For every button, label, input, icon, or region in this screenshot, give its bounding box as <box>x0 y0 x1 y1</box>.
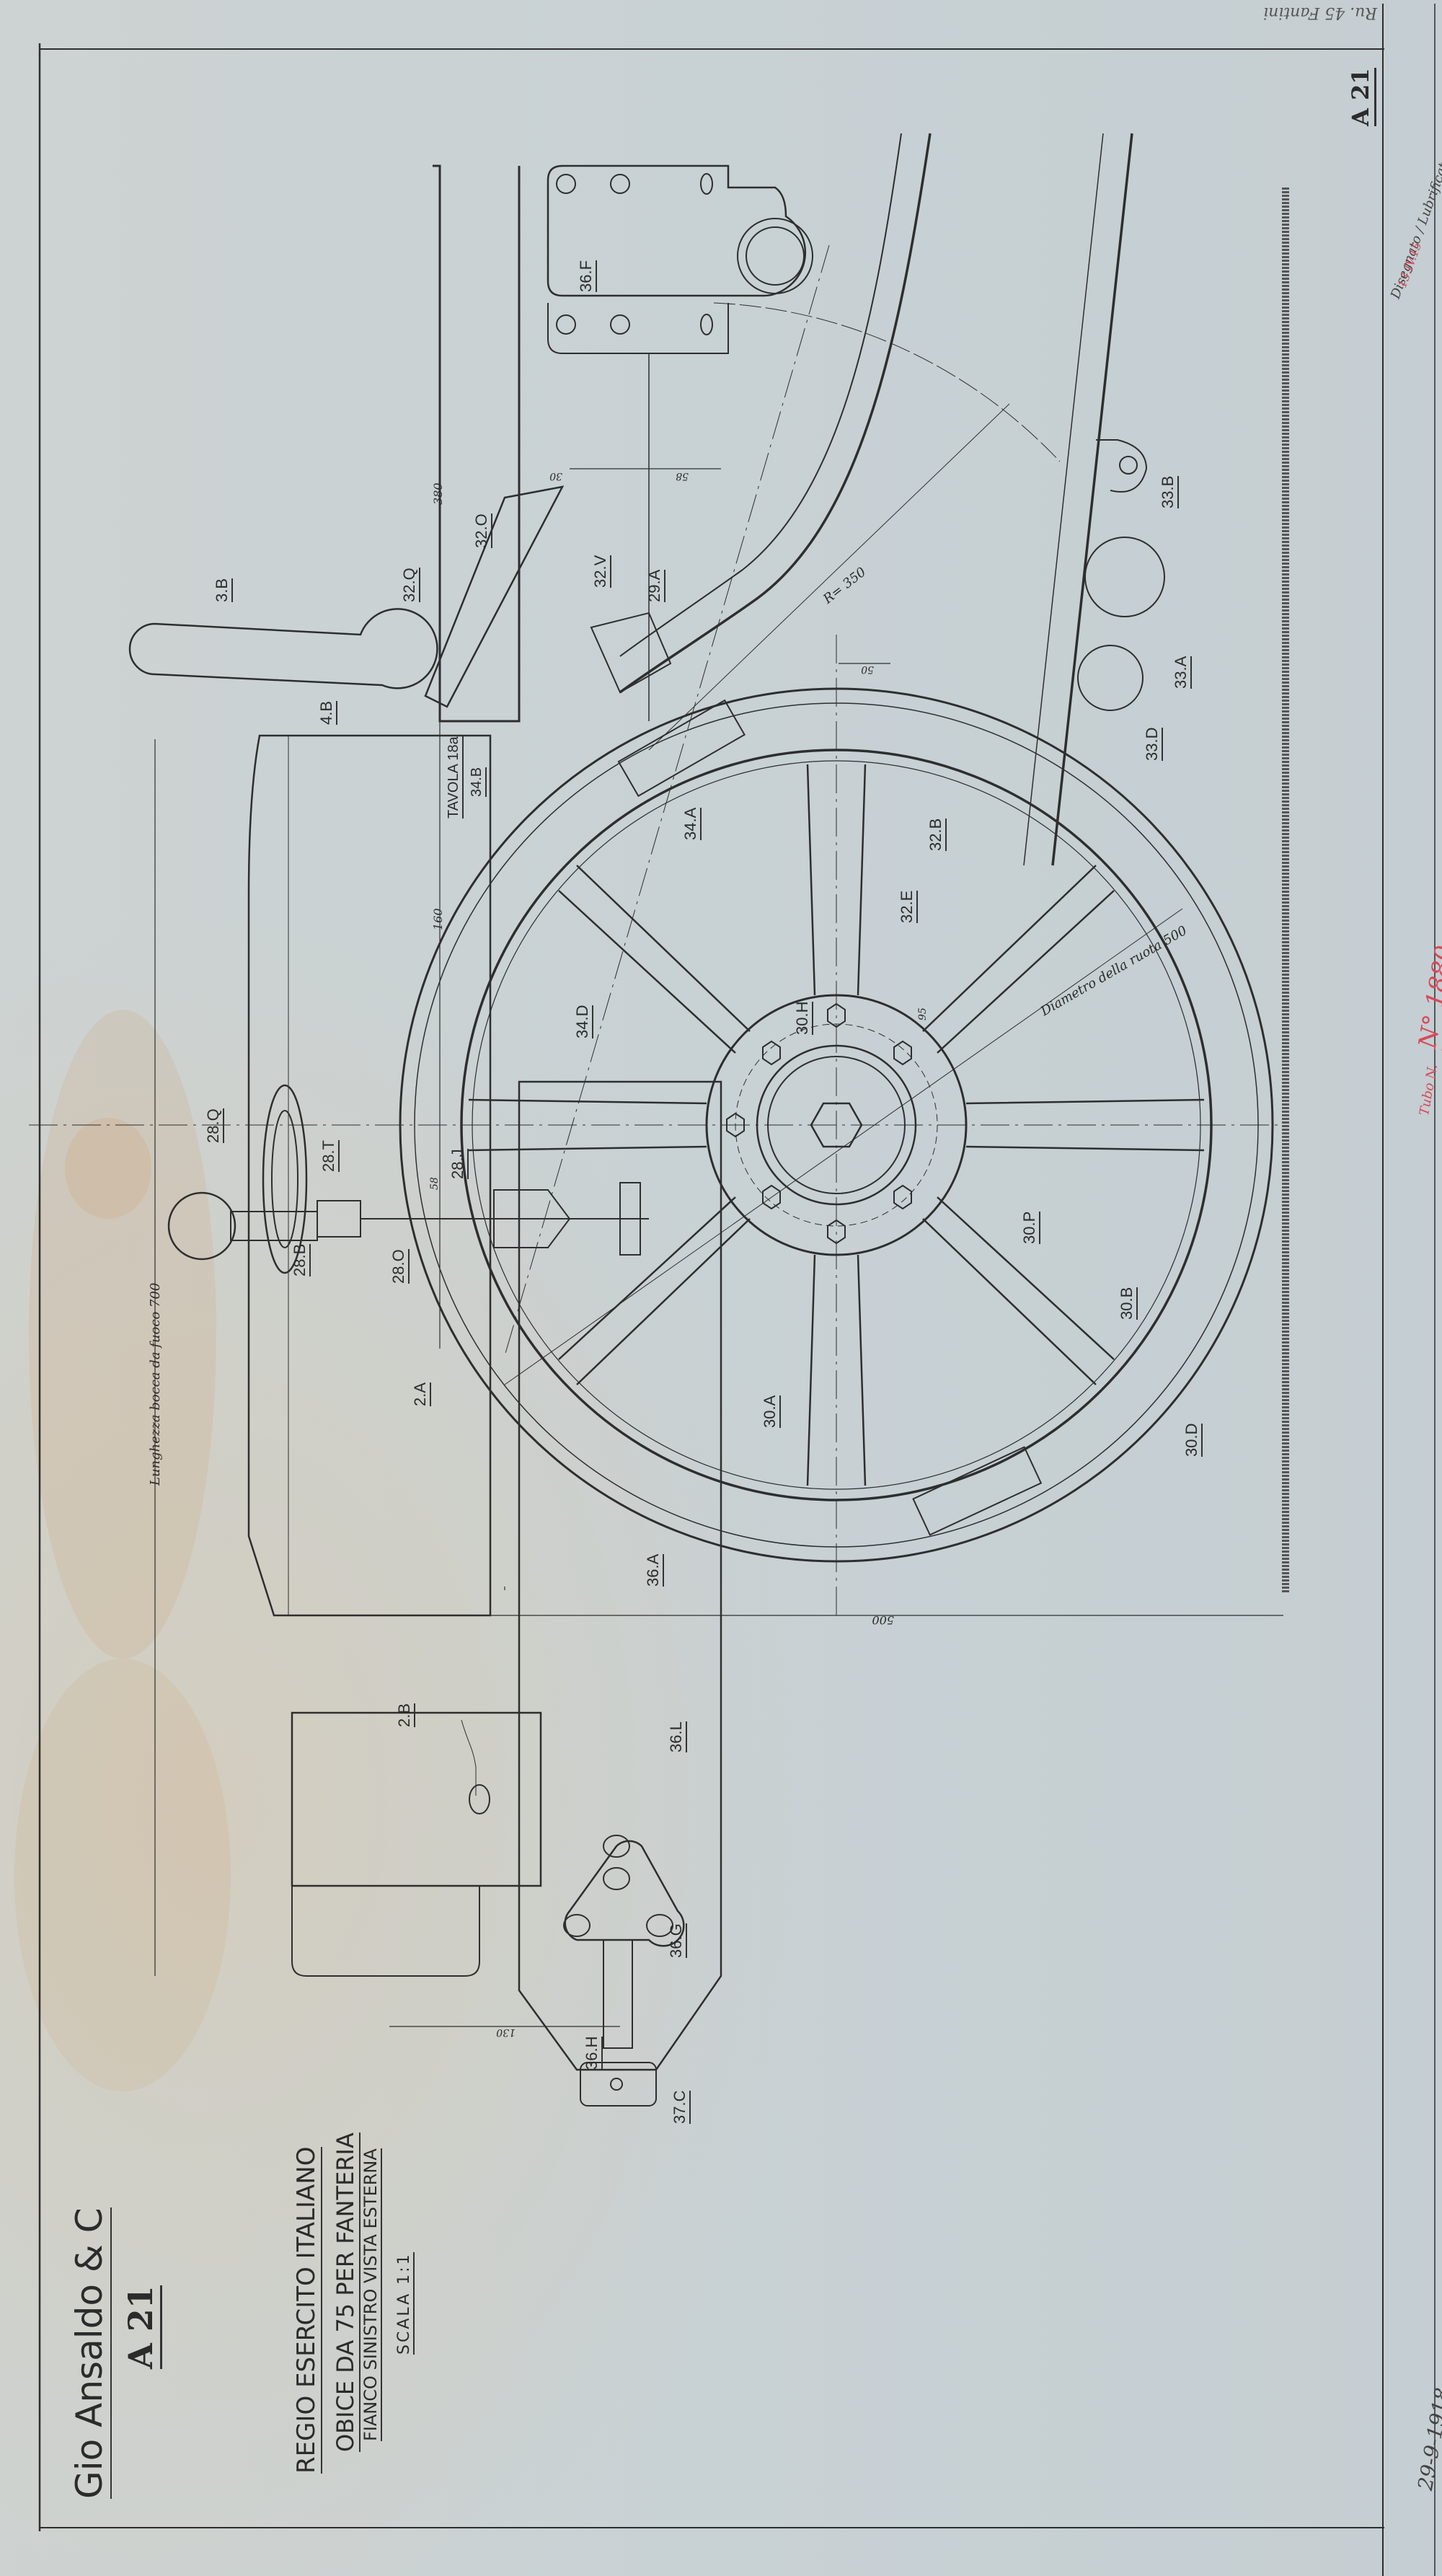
part-label: 30.H <box>793 1002 813 1035</box>
part-label: 33.A <box>1172 656 1192 689</box>
corner-drawing-number: A 21 <box>1347 69 1376 127</box>
plate-36L <box>565 1841 684 1946</box>
dim-95: 95 <box>917 1007 929 1020</box>
part-label: 34.A <box>681 808 702 840</box>
bracket-33A <box>1085 537 1164 617</box>
part-label: 30.P <box>1020 1212 1040 1244</box>
part-label: 36.H <box>583 2037 603 2070</box>
block-2B <box>292 1713 541 1886</box>
drawing-number: A 21 <box>121 2285 162 2369</box>
dim-50: 50 <box>861 663 874 675</box>
part-label: 29.A <box>645 570 665 602</box>
part-label: 2.A <box>411 1382 431 1406</box>
handwheel-knob <box>169 1193 235 1259</box>
trail-curve-outer <box>620 133 930 692</box>
scale-label: SCALA 1:1 <box>395 2252 415 2355</box>
part-label: 3.B <box>213 578 233 602</box>
part-label: 36.F <box>577 260 597 292</box>
part-label: 33.D <box>1143 728 1163 761</box>
dim-160: 160 <box>431 908 445 930</box>
elevation-handle <box>130 609 437 688</box>
part-label: 34.D <box>573 1005 593 1038</box>
part-label: 32.E <box>898 891 918 923</box>
part-label: 36.L <box>667 1721 687 1752</box>
part-label: 36.G <box>667 1923 687 1958</box>
company-name: Gio Ansaldo & C <box>68 2207 112 2499</box>
part-label: 30.A <box>761 1395 781 1428</box>
army-title: REGIO ESERCITO ITALIANO <box>292 2147 322 2474</box>
bracket-33D <box>1078 645 1143 710</box>
handwheel-arm-32O <box>425 487 562 707</box>
part-label: 34.B <box>469 767 487 797</box>
dim-500: 500 <box>872 1613 894 1627</box>
technical-drawing <box>0 0 1442 2576</box>
part-label: 32.V <box>591 555 611 588</box>
subject-title: OBICE DA 75 PER FANTERIA <box>332 2132 360 2452</box>
part-label: 2.B <box>395 1703 415 1727</box>
part-label: TAVOLA 18a <box>446 736 464 819</box>
part-label: 32.O <box>472 513 492 548</box>
dim-58: 58 <box>429 1177 441 1190</box>
part-label: 36.A <box>644 1554 664 1587</box>
dim-380: 380 <box>431 482 445 505</box>
part-label: 32.Q <box>400 568 420 602</box>
dim-bore-length: Lunghezza bocca da fuoco 700 <box>148 1283 163 1486</box>
part-label: 28.T <box>319 1140 340 1172</box>
top-handwritten-note: Ru. 45 Fantini <box>1263 4 1377 22</box>
part-label: 30.B <box>1118 1287 1138 1320</box>
part-label: 30.D <box>1182 1424 1203 1457</box>
part-label: 4.B <box>317 701 337 725</box>
dim-58b: 58 <box>676 470 689 482</box>
view-title: FIANCO SINISTRO VISTA ESTERNA <box>360 2148 382 2441</box>
bracket-bore <box>738 219 813 294</box>
part-label: 28.B <box>291 1244 311 1276</box>
part-label: 32.B <box>926 819 947 851</box>
part-label: 37.C <box>671 2091 691 2124</box>
dim-130: 130 <box>496 2026 516 2038</box>
part-label: 28.J <box>448 1149 469 1179</box>
part-label: 28.Q <box>204 1108 224 1143</box>
part-label: 33.B <box>1159 476 1179 508</box>
part-label: 28.O <box>389 1249 410 1284</box>
trail-straight <box>1053 133 1132 865</box>
dim-30: 30 <box>549 470 562 482</box>
